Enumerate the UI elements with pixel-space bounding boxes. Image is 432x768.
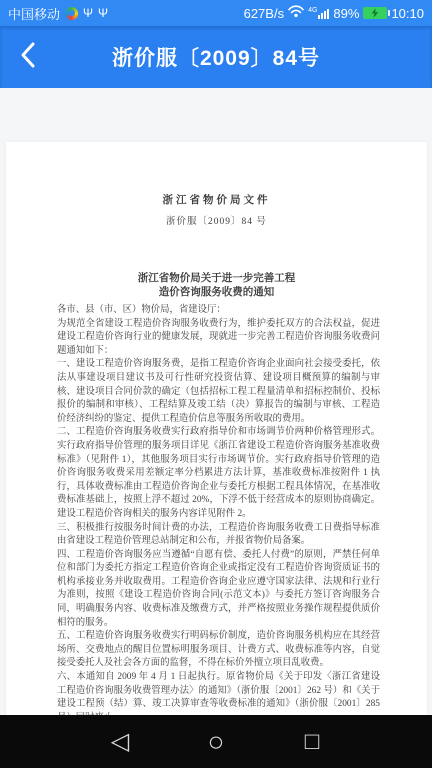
signal-type-label: 4G [308,7,317,14]
nav-back-icon: ◁ [111,730,129,754]
nav-home-icon: ○ [208,728,225,756]
document-paragraph: 各市、县（市、区）物价局，省建设厅： [57,304,380,318]
wifi-icon [288,5,304,21]
document-page: 浙江省物价局文件 浙价服〔2009〕84 号 浙江省物价局关于进一步完善工程 造… [6,142,427,715]
network-speed-label: 627B/s [244,6,284,21]
document-title: 浙江省物价局关于进一步完善工程 造价咨询服务收费的通知 [6,272,427,300]
android-nav-bar: ◁ ○ □ [0,715,432,768]
document-paragraph: 五、工程造价咨询服务收费实行明码标价制度，造价咨询服务机构应在其经营场所、交费地… [57,630,380,671]
usb-icon: Ψ [98,7,108,19]
nav-recents-icon: □ [305,730,320,754]
back-button[interactable] [0,26,56,88]
battery-percent-label: 89% [333,6,359,21]
document-scroll-area[interactable]: 浙江省物价局文件 浙价服〔2009〕84 号 浙江省物价局关于进一步完善工程 造… [0,88,432,715]
sync-swirl-icon [65,7,78,20]
nav-recents-button[interactable]: □ [264,715,360,768]
document-paragraph: 四、工程造价咨询服务应当遵循“自愿有偿、委托人付费”的原则，严禁任何单位和部门为… [57,549,380,631]
document-org-header: 浙江省物价局文件 [6,192,427,207]
document-body: 各市、县（市、区）物价局，省建设厅： 为规范全省建设工程造价咨询服务收费行为，维… [57,304,380,753]
signal-bars-icon: 4G [308,7,329,19]
clock-label: 10:10 [391,6,424,21]
battery-charging-icon [363,7,387,19]
usb-icon: Ψ [83,7,93,19]
document-paragraph: 一、建设工程造价咨询服务费，是指工程造价咨询企业面向社会接受委托，依法从事建设项… [57,358,380,426]
document-title-line2: 造价咨询服务收费的通知 [6,286,427,300]
document-paragraph: 二、工程造价咨询服务收费实行政府指导价和市场调节价两种价格管理形式。实行政府指导… [57,426,380,521]
document-title-line1: 浙江省物价局关于进一步完善工程 [6,272,427,286]
nav-back-button[interactable]: ◁ [72,715,168,768]
document-number: 浙价服〔2009〕84 号 [6,213,427,227]
status-bar: 中国移动 Ψ Ψ 627B/s 4G 89% [0,0,432,26]
document-paragraph: 三、积极推行按服务时间计费的办法，工程造价咨询服务收费工日费指导标准由省建设工程… [57,522,380,549]
app-header: 浙价服〔2009〕84号 [0,26,432,88]
phone-screen: 中国移动 Ψ Ψ 627B/s 4G 89% [0,0,432,768]
nav-home-button[interactable]: ○ [168,715,264,768]
page-title: 浙价服〔2009〕84号 [0,42,432,72]
document-paragraph: 为规范全省建设工程造价咨询服务收费行为，维护委托双方的合法权益，促进建设工程造价… [57,318,380,359]
back-chevron-icon [20,41,36,74]
carrier-label: 中国移动 [8,4,60,23]
